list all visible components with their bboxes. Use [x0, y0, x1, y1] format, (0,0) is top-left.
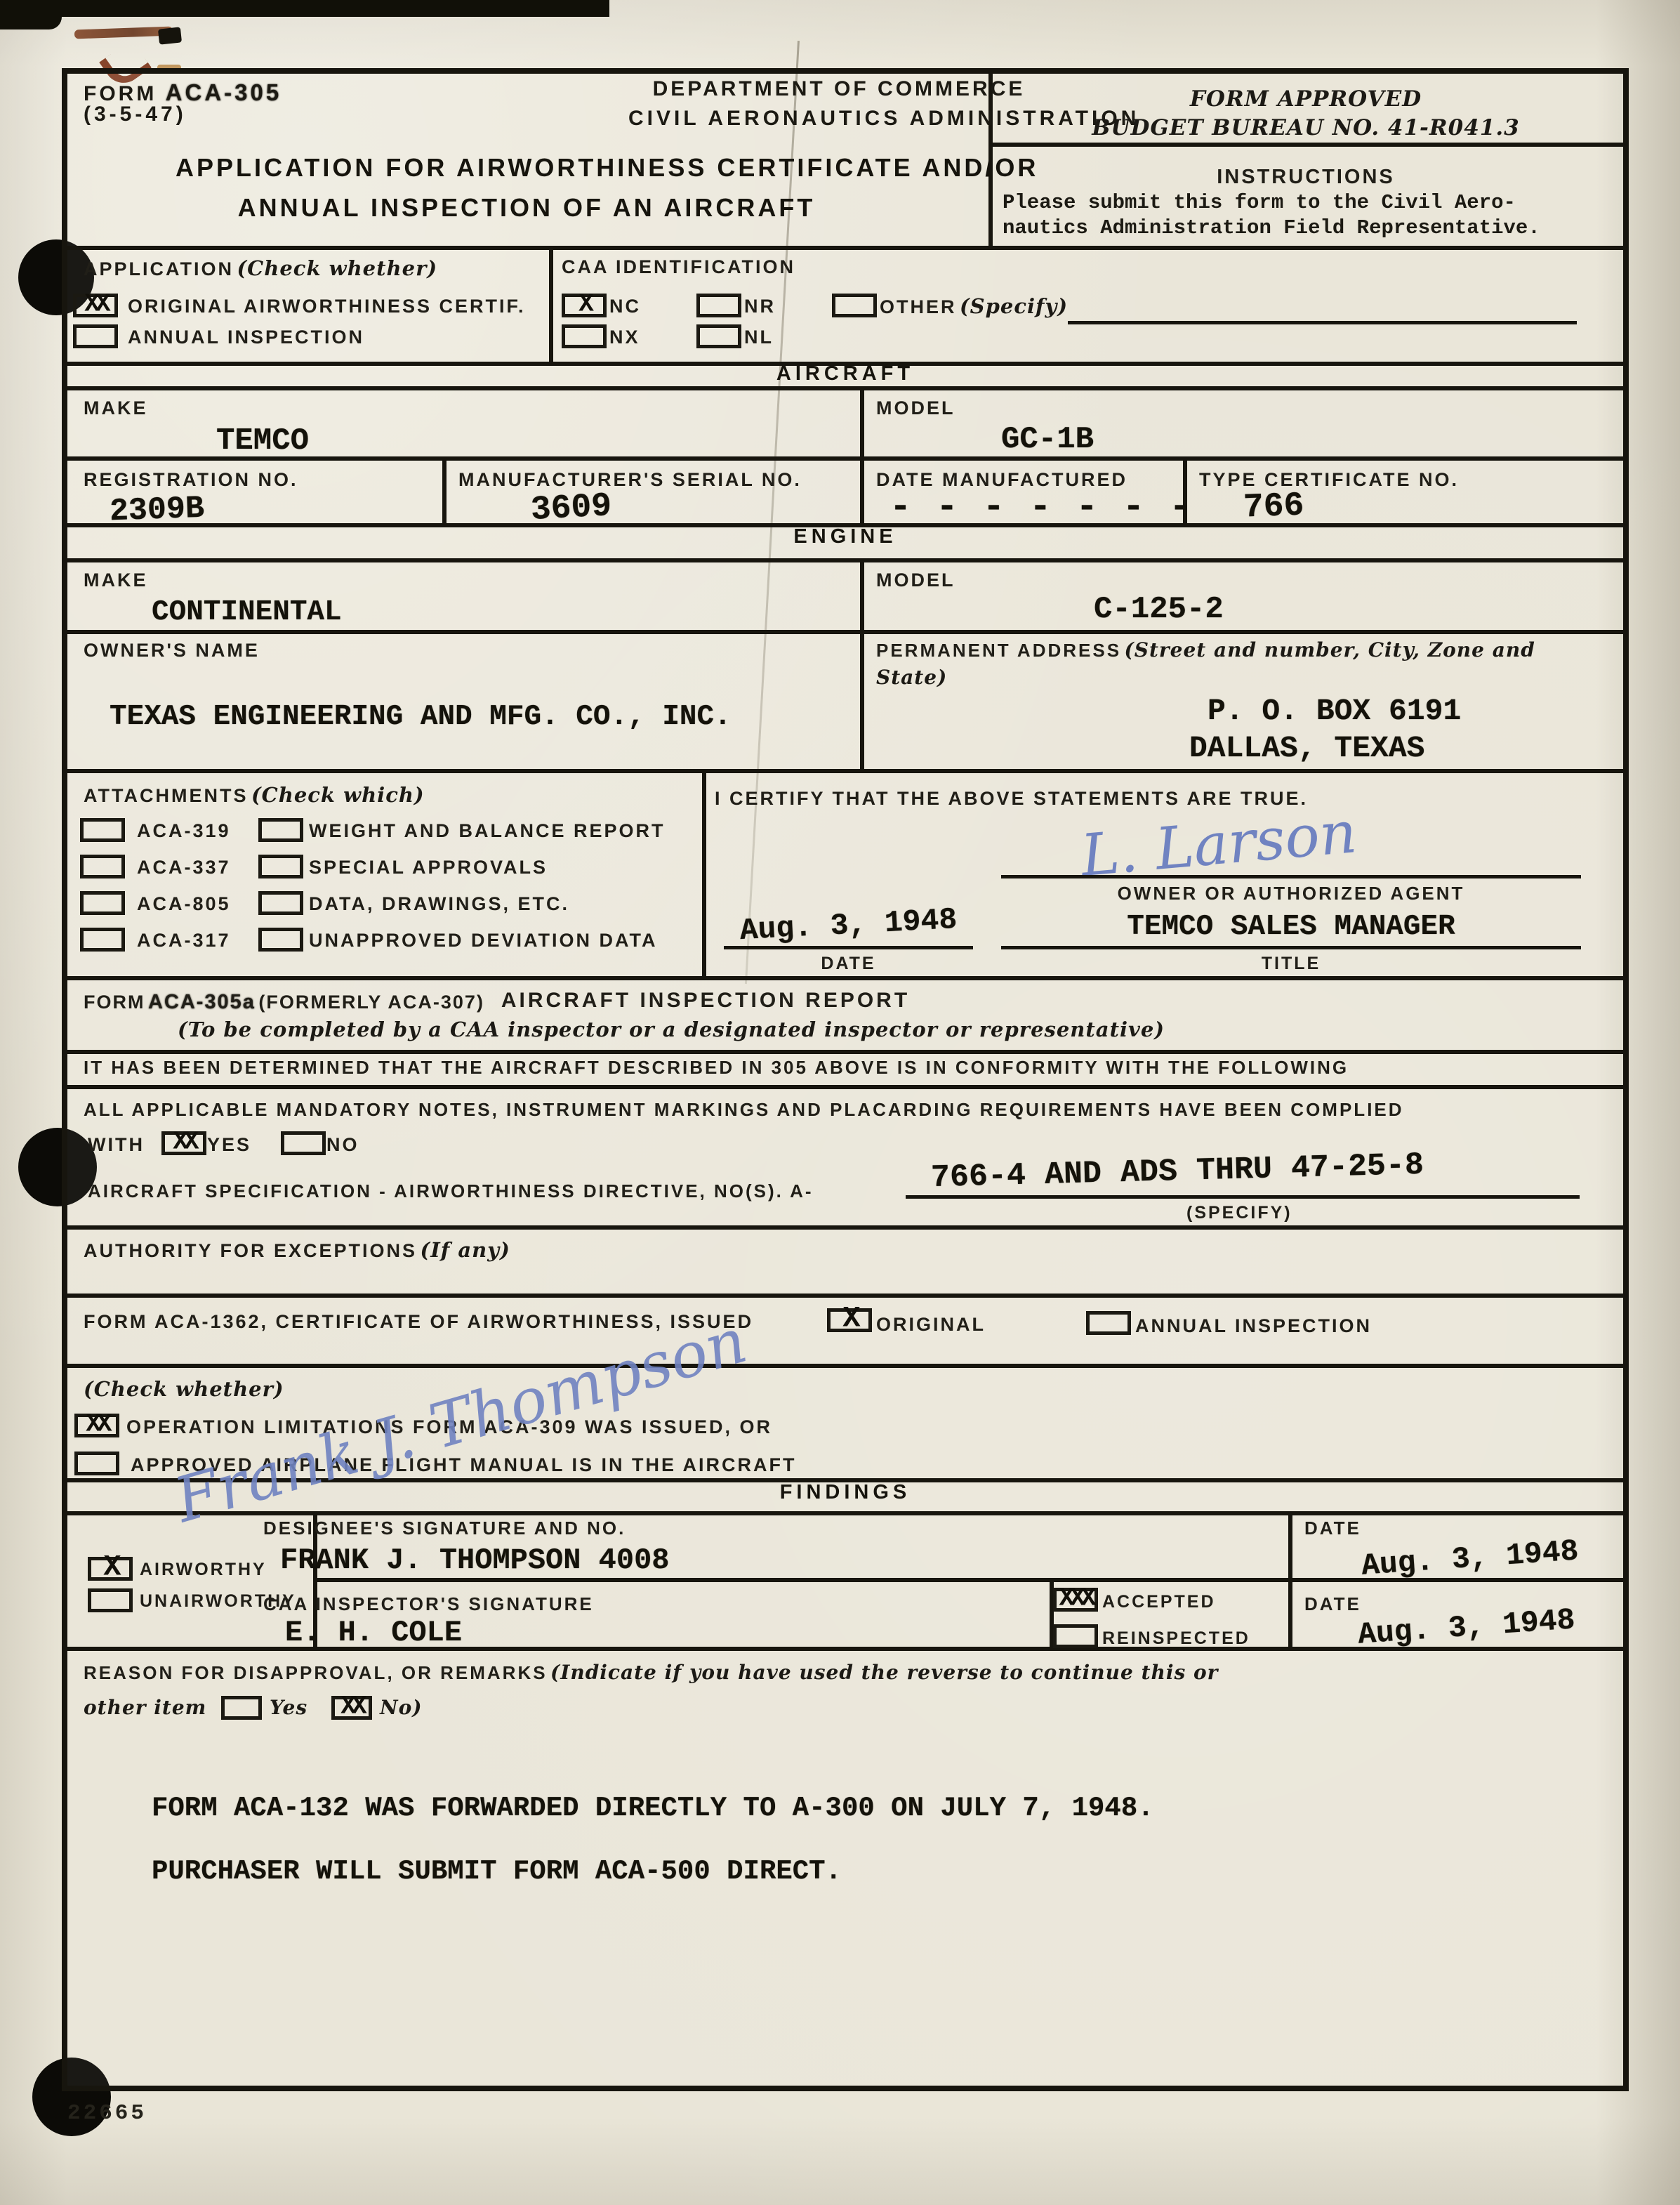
option-nc: NC [609, 296, 641, 317]
attachment-weight-balance: WEIGHT AND BALANCE REPORT [309, 820, 666, 842]
engine-make-value: CONTINENTAL [152, 596, 342, 628]
divider [67, 976, 1623, 980]
checkbox-unairworthy[interactable] [88, 1588, 133, 1612]
checkbox-unapproved-deviation[interactable] [258, 928, 303, 952]
checkbox-remarks-yes[interactable] [221, 1696, 262, 1720]
form-title-line1: APPLICATION FOR AIRWORTHINESS CERTIFICAT… [176, 153, 878, 183]
aircraft-model-label: MODEL [876, 397, 955, 419]
checkbox-nr[interactable] [696, 294, 741, 317]
registration-label: REGISTRATION NO. [84, 469, 298, 491]
checkbox-mark: XX [173, 1127, 194, 1156]
application-section-label: APPLICATION (Check whether) [84, 256, 437, 280]
owner-signature-caption: OWNER OR AUTHORIZED AGENT [1001, 883, 1581, 904]
instructions-line1: Please submit this form to the Civil Aer… [1003, 191, 1516, 214]
attachments-label: ATTACHMENTS (Check which) [84, 783, 425, 807]
option-other: OTHER (Specify) [880, 294, 1068, 318]
divider [67, 558, 1623, 562]
attachment-special-approvals: SPECIAL APPROVALS [309, 857, 548, 878]
checkbox-issued-original[interactable]: X [827, 1308, 872, 1332]
checkbox-other[interactable] [832, 294, 877, 317]
certification-date-line[interactable] [724, 946, 973, 949]
determination-statement: IT HAS BEEN DETERMINED THAT THE AIRCRAFT… [84, 1057, 1349, 1079]
engine-section-title: ENGINE [67, 525, 1623, 548]
address-line2: DALLAS, TEXAS [1189, 731, 1424, 765]
divider [67, 1294, 1623, 1298]
address-line1: P. O. BOX 6191 [1208, 694, 1461, 728]
option-annual-inspection: ANNUAL INSPECTION [128, 327, 364, 348]
checkbox-airworthy[interactable]: X [88, 1557, 133, 1581]
compliance-statement: ALL APPLICABLE MANDATORY NOTES, INSTRUME… [84, 1099, 1404, 1121]
specify-caption: (SPECIFY) [1186, 1203, 1292, 1223]
certification-title-line[interactable] [1001, 946, 1581, 949]
compliance-no-label: NO [326, 1134, 359, 1156]
divider [988, 143, 1623, 147]
inspector-signature-label: CAA INSPECTOR'S SIGNATURE [263, 1593, 594, 1615]
certification-title-value: TEMCO SALES MANAGER [1001, 911, 1581, 943]
aircraft-make-label: MAKE [84, 397, 148, 419]
agency-name: DEPARTMENT OF COMMERCE CIVIL AERONAUTICS… [628, 77, 1050, 131]
certification-title-caption: TITLE [1001, 954, 1581, 974]
checkbox-reinspected[interactable] [1053, 1624, 1098, 1648]
form-aca-305: FORM ACA-305 (3-5-47) DEPARTMENT OF COMM… [62, 68, 1629, 2091]
instructions-line2: nautics Administration Field Representat… [1003, 216, 1540, 239]
divider [67, 246, 1623, 250]
certify-statement: I CERTIFY THAT THE ABOVE STATEMENTS ARE … [715, 788, 1308, 810]
divider [860, 386, 864, 456]
engine-model-label: MODEL [876, 570, 955, 591]
divider [860, 456, 864, 523]
reinspected-label: REINSPECTED [1102, 1628, 1250, 1649]
attachment-form-aca-317: ACA-317 [137, 930, 231, 952]
checkbox-aca-317[interactable] [80, 928, 125, 952]
type-certificate-value: 766 [1243, 487, 1304, 527]
divider [442, 456, 447, 523]
checkbox-annual-inspection[interactable] [73, 324, 118, 348]
option-nl: NL [744, 327, 774, 348]
form-approved-line1: FORM APPROVED [988, 86, 1623, 112]
remarks-text-line1: FORM ACA-132 WAS FORWARDED DIRECTLY TO A… [152, 1793, 1154, 1824]
checkbox-mark: X [578, 289, 590, 318]
issued-annual-label: ANNUAL INSPECTION [1135, 1315, 1372, 1337]
scan-edge-artifact [0, 0, 609, 17]
spec-directive-value: 766-4 AND ADS THRU 47-25-8 [930, 1147, 1424, 1196]
designee-signature-label: DESIGNEE'S SIGNATURE AND NO. [263, 1518, 626, 1539]
attachment-unapproved-deviation: UNAPPROVED DEVIATION DATA [309, 930, 658, 952]
divider [67, 1364, 1623, 1368]
divider [860, 558, 864, 769]
airworthy-label: AIRWORTHY [140, 1560, 267, 1580]
divider [67, 1511, 1623, 1515]
caa-identification-label: CAA IDENTIFICATION [562, 256, 795, 278]
owner-name-value: TEXAS ENGINEERING AND MFG. CO., INC. [110, 701, 732, 733]
divider [67, 1085, 1623, 1089]
divider [67, 386, 1623, 390]
divider [1288, 1511, 1292, 1647]
checkbox-nx[interactable] [562, 324, 607, 348]
certification-date-value: Aug. 3, 1948 [723, 902, 974, 949]
serial-label: MANUFACTURER'S SERIAL NO. [458, 469, 802, 491]
checkbox-remarks-no[interactable]: XX [331, 1696, 372, 1720]
department-name: DEPARTMENT OF COMMERCE [628, 77, 1050, 101]
permanent-address-label2: State) [876, 666, 947, 689]
divider [702, 769, 706, 976]
owner-signature-line[interactable] [1001, 875, 1581, 878]
report-title: AIRCRAFT INSPECTION REPORT [495, 989, 916, 1013]
checkbox-compliance-yes[interactable]: XX [161, 1131, 206, 1155]
designee-date-value: Aug. 3, 1948 [1361, 1534, 1580, 1583]
inspector-date-value: Aug. 3, 1948 [1357, 1602, 1576, 1652]
aircraft-model-value: GC-1B [1001, 422, 1094, 457]
checkbox-original-airworthiness[interactable]: XX [73, 294, 118, 317]
remarks-label-line2: other item [84, 1696, 206, 1719]
report-form-number: FORM ACA-305a (FORMERLY ACA-307) [84, 991, 484, 1014]
designee-typed-name: FRANK J. THOMPSON 4008 [280, 1543, 670, 1577]
inspector-date-label: DATE [1304, 1593, 1361, 1615]
form-approved-box: FORM APPROVED BUDGET BUREAU NO. 41-R041.… [988, 86, 1623, 140]
remarks-no-label: No) [380, 1696, 423, 1719]
checkbox-nl[interactable] [696, 324, 741, 348]
compliance-yes-label: YES [207, 1134, 251, 1156]
remarks-label-line1: REASON FOR DISAPPROVAL, OR REMARKS (Indi… [84, 1661, 1218, 1684]
permanent-address-label: PERMANENT ADDRESS (Street and number, Ci… [876, 638, 1606, 661]
budget-bureau-number: BUDGET BUREAU NO. 41-R041.3 [988, 115, 1623, 140]
aircraft-make-value: TEMCO [216, 423, 309, 459]
form-number-value: ACA-305 [166, 79, 282, 105]
checkbox-mark: XX [340, 1692, 362, 1720]
checkbox-weight-balance[interactable] [258, 818, 303, 842]
option-nr: NR [744, 296, 776, 317]
owner-name-label: OWNER'S NAME [84, 640, 260, 661]
checkbox-aca-319[interactable] [80, 818, 125, 842]
engine-make-label: MAKE [84, 570, 148, 591]
inspector-name: E. H. COLE [285, 1616, 462, 1650]
remarks-yes-label: Yes [270, 1696, 307, 1719]
attachment-data-drawings: DATA, DRAWINGS, ETC. [309, 893, 569, 915]
checkbox-operation-limitations[interactable]: XX [74, 1414, 119, 1437]
checkbox-mark: XX [86, 1409, 107, 1438]
other-specify-line[interactable] [1068, 321, 1577, 324]
ink-stain [158, 27, 182, 44]
divider [67, 630, 1623, 634]
accepted-label: ACCEPTED [1102, 1592, 1216, 1612]
checkbox-aca-337[interactable] [80, 855, 125, 878]
checkbox-mark: X [842, 1302, 856, 1336]
attachment-form-aca-337: ACA-337 [137, 857, 231, 878]
certification-date-caption: DATE [724, 954, 973, 974]
remarks-text-line2: PURCHASER WILL SUBMIT FORM ACA-500 DIREC… [152, 1856, 842, 1887]
spec-directive-label: AIRCRAFT SPECIFICATION - AIRWORTHINESS D… [88, 1180, 814, 1202]
compliance-with-word: WITH [88, 1134, 145, 1156]
divider [67, 769, 1623, 773]
checkbox-special-approvals[interactable] [258, 855, 303, 878]
checkbox-mark: XXX [1059, 1584, 1092, 1612]
checkbox-issued-annual[interactable] [1086, 1311, 1131, 1335]
spec-directive-line[interactable] [906, 1195, 1580, 1199]
issued-original-label: ORIGINAL [876, 1314, 986, 1336]
type-certificate-label: TYPE CERTIFICATE NO. [1199, 469, 1459, 491]
check-whether-note: (Check whether) [84, 1377, 284, 1401]
instructions-title: INSTRUCTIONS [988, 166, 1623, 189]
authority-exceptions-label: AUTHORITY FOR EXCEPTIONS (If any) [84, 1238, 510, 1262]
checkbox-accepted[interactable]: XXX [1053, 1588, 1098, 1612]
checkbox-aca-805[interactable] [80, 891, 125, 915]
aircraft-section-title: AIRCRAFT [67, 362, 1623, 386]
report-subtitle: (To be completed by a CAA inspector or a… [110, 1018, 1233, 1041]
checkbox-compliance-no[interactable] [281, 1131, 326, 1155]
attachment-form-aca-319: ACA-319 [137, 820, 231, 842]
form-revision-date: (3-5-47) [84, 103, 187, 126]
administration-name: CIVIL AERONAUTICS ADMINISTRATION [628, 107, 1050, 131]
checkbox-data-drawings[interactable] [258, 891, 303, 915]
registration-value: 2309B [109, 491, 205, 530]
engine-model-value: C-125-2 [1094, 592, 1224, 627]
document-serial-number: 22665 [67, 2101, 147, 2126]
attachment-form-aca-805: ACA-805 [137, 893, 231, 915]
checkbox-mark: XX [84, 289, 106, 318]
date-manufactured-value: - - - - - - - [889, 487, 1193, 528]
option-original-airworthiness: ORIGINAL AIRWORTHINESS CERTIF. [128, 296, 526, 317]
option-nx: NX [609, 327, 640, 348]
divider [67, 1225, 1623, 1230]
checkbox-nc[interactable]: X [562, 294, 607, 317]
designee-date-label: DATE [1304, 1518, 1361, 1539]
checkbox-mark: X [103, 1551, 117, 1584]
form-title-line2: ANNUAL INSPECTION OF AN AIRCRAFT [176, 193, 878, 223]
checkbox-flight-manual[interactable] [74, 1452, 119, 1475]
serial-value: 3609 [530, 487, 613, 529]
divider [67, 1050, 1623, 1054]
scanned-form-page: { "meta": {"paper_color": "#e9e5d7", "in… [0, 0, 1680, 2205]
divider [549, 246, 553, 362]
scan-corner-artifact [0, 0, 62, 29]
